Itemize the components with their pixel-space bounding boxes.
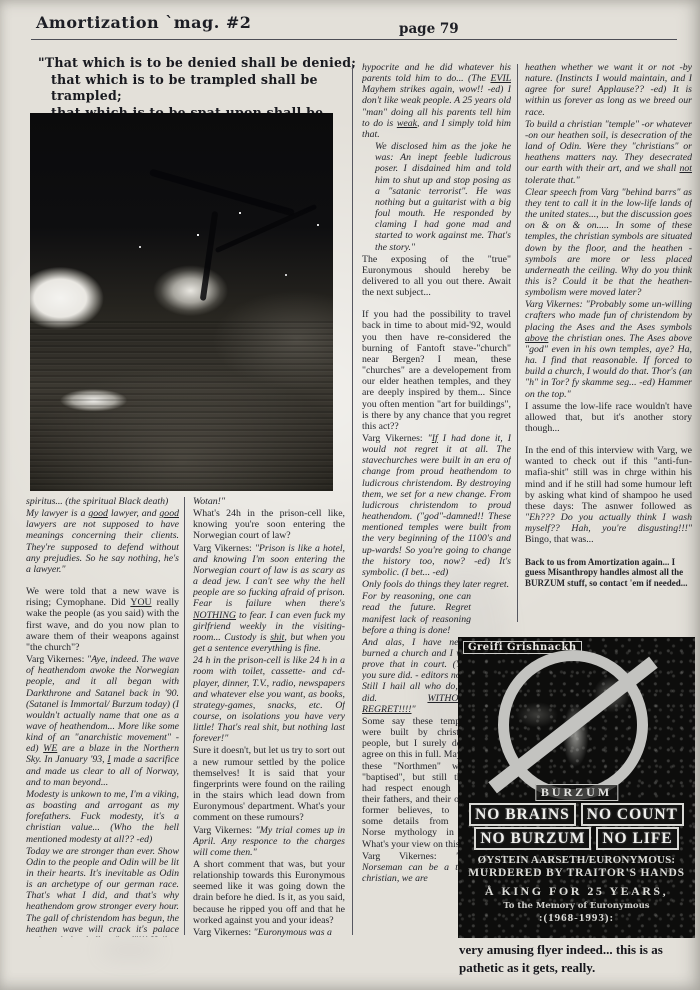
paragraph: 24 h in the prison-cell is like 24 h in … (193, 655, 345, 744)
paragraph: In the end of this interview with Varg, … (525, 445, 692, 545)
header-rule (31, 39, 677, 40)
paragraph: spiritus... (the spiritual Black death) (26, 496, 179, 507)
flyer-slogan-row: NO BURZUM NO LIFE (458, 827, 695, 850)
column-divider (352, 64, 353, 935)
zine-page: Amortization `mag. #2 page 79 "That whic… (0, 0, 700, 990)
paragraph: heathen whether we want it or not -by na… (525, 62, 692, 118)
paragraph: To build a christian "temple" -or whatev… (525, 119, 692, 186)
paragraph: Varg Vikernes: "Prison is like a hotel, … (193, 543, 345, 655)
column-divider (517, 64, 518, 622)
text-column-1: spiritus... (the spiritual Black death)M… (26, 496, 179, 937)
flyer-victim-line: ØYSTEIN AARSETH/EURONYMOUS: (458, 854, 695, 866)
paragraph: My lawyer is a good lawyer, and good law… (26, 508, 179, 575)
paragraph: Wotan!" (193, 496, 345, 507)
flyer-caption: very amusing flyer indeed... this is as … (459, 941, 700, 977)
photo-grain (30, 321, 333, 491)
text-column-4: heathen whether we want it or not -by na… (525, 62, 692, 628)
tree-branch-silhouette (149, 168, 295, 216)
flyer-murdered-line: MURDERED BY TRAITOR'S HANDS (458, 867, 695, 879)
paragraph: For by reasoning, one can read the futur… (362, 591, 511, 636)
flyer-memory-line: To the Memory of Euronymous (458, 901, 695, 911)
flyer-slogan-box: NO LIFE (596, 827, 678, 850)
paragraph: Sure it doesn't, but let us try to sort … (193, 745, 345, 823)
paragraph: Modesty is unkown to me, I'm a viking, a… (26, 789, 179, 845)
paragraph: hypocrite and he did whatever his parent… (362, 62, 511, 140)
paragraph: Varg Vikernes: "If I had done it, I woul… (362, 433, 511, 578)
flyer-slogan-box: NO BURZUM (474, 827, 591, 850)
flyer-slogan-row: NO BRAINS NO COUNT (458, 803, 695, 826)
flyer-slogan-box: NO COUNT (581, 803, 684, 826)
quote-line: that which is to be trampled shall be tr… (51, 72, 358, 105)
paragraph: I assume the low-life race wouldn't have… (525, 401, 692, 434)
paragraph: What's 24h in the prison-cell like, know… (193, 508, 345, 541)
paragraph: A short comment that was, but your relat… (193, 859, 345, 926)
paragraph: If you had the possibility to travel bac… (362, 309, 511, 432)
landscape-photo (30, 113, 333, 491)
paragraph: Varg Vikernes: "Euronymous was a (193, 927, 345, 937)
text-column-2: Wotan!"What's 24h in the prison-cell lik… (193, 496, 345, 937)
paragraph: Clear speech from Varg "behind barrs" as… (525, 187, 692, 299)
tree-branch-silhouette (215, 204, 318, 253)
paragraph: Varg Vikernes: "Aye, indeed. The wave of… (26, 654, 179, 788)
quote-line: "That which is to be denied shall be den… (38, 55, 358, 72)
flyer-king-line: Å KING FOR 25 YEARS, (458, 884, 695, 899)
paragraph: Only fools do things they later regret. (362, 579, 511, 590)
photo-speckles (197, 234, 199, 236)
paragraph: We were told that a new wave is rising; … (26, 586, 179, 653)
paragraph: Varg Vikernes: "Probably some un-willing… (525, 299, 692, 399)
page-number: page 79 (399, 21, 459, 37)
zine-title: Amortization `mag. #2 (36, 13, 251, 32)
burzum-logo-text: BURZUM (535, 784, 618, 801)
paragraph: Varg Vikernes: "My trial comes up in Apr… (193, 825, 345, 858)
tree-trunk-silhouette (200, 211, 218, 301)
column-divider (184, 497, 185, 935)
paragraph: Today we are stronger than ever. Show Od… (26, 846, 179, 937)
paragraph: The exposing of the "true" Euronymous sh… (362, 254, 511, 299)
flyer-years-line: :(1968-1993): (458, 912, 695, 924)
paragraph: We disclosed him as the joke he was: An … (375, 141, 511, 253)
flyer-slogan-box: NO BRAINS (469, 803, 576, 826)
scan-ghosting (100, 940, 160, 960)
paragraph: Back to us from Amortization again... I … (525, 557, 692, 589)
burzum-flyer: Greifi Grishnackh BURZUM NO BRAINS NO CO… (458, 637, 695, 938)
